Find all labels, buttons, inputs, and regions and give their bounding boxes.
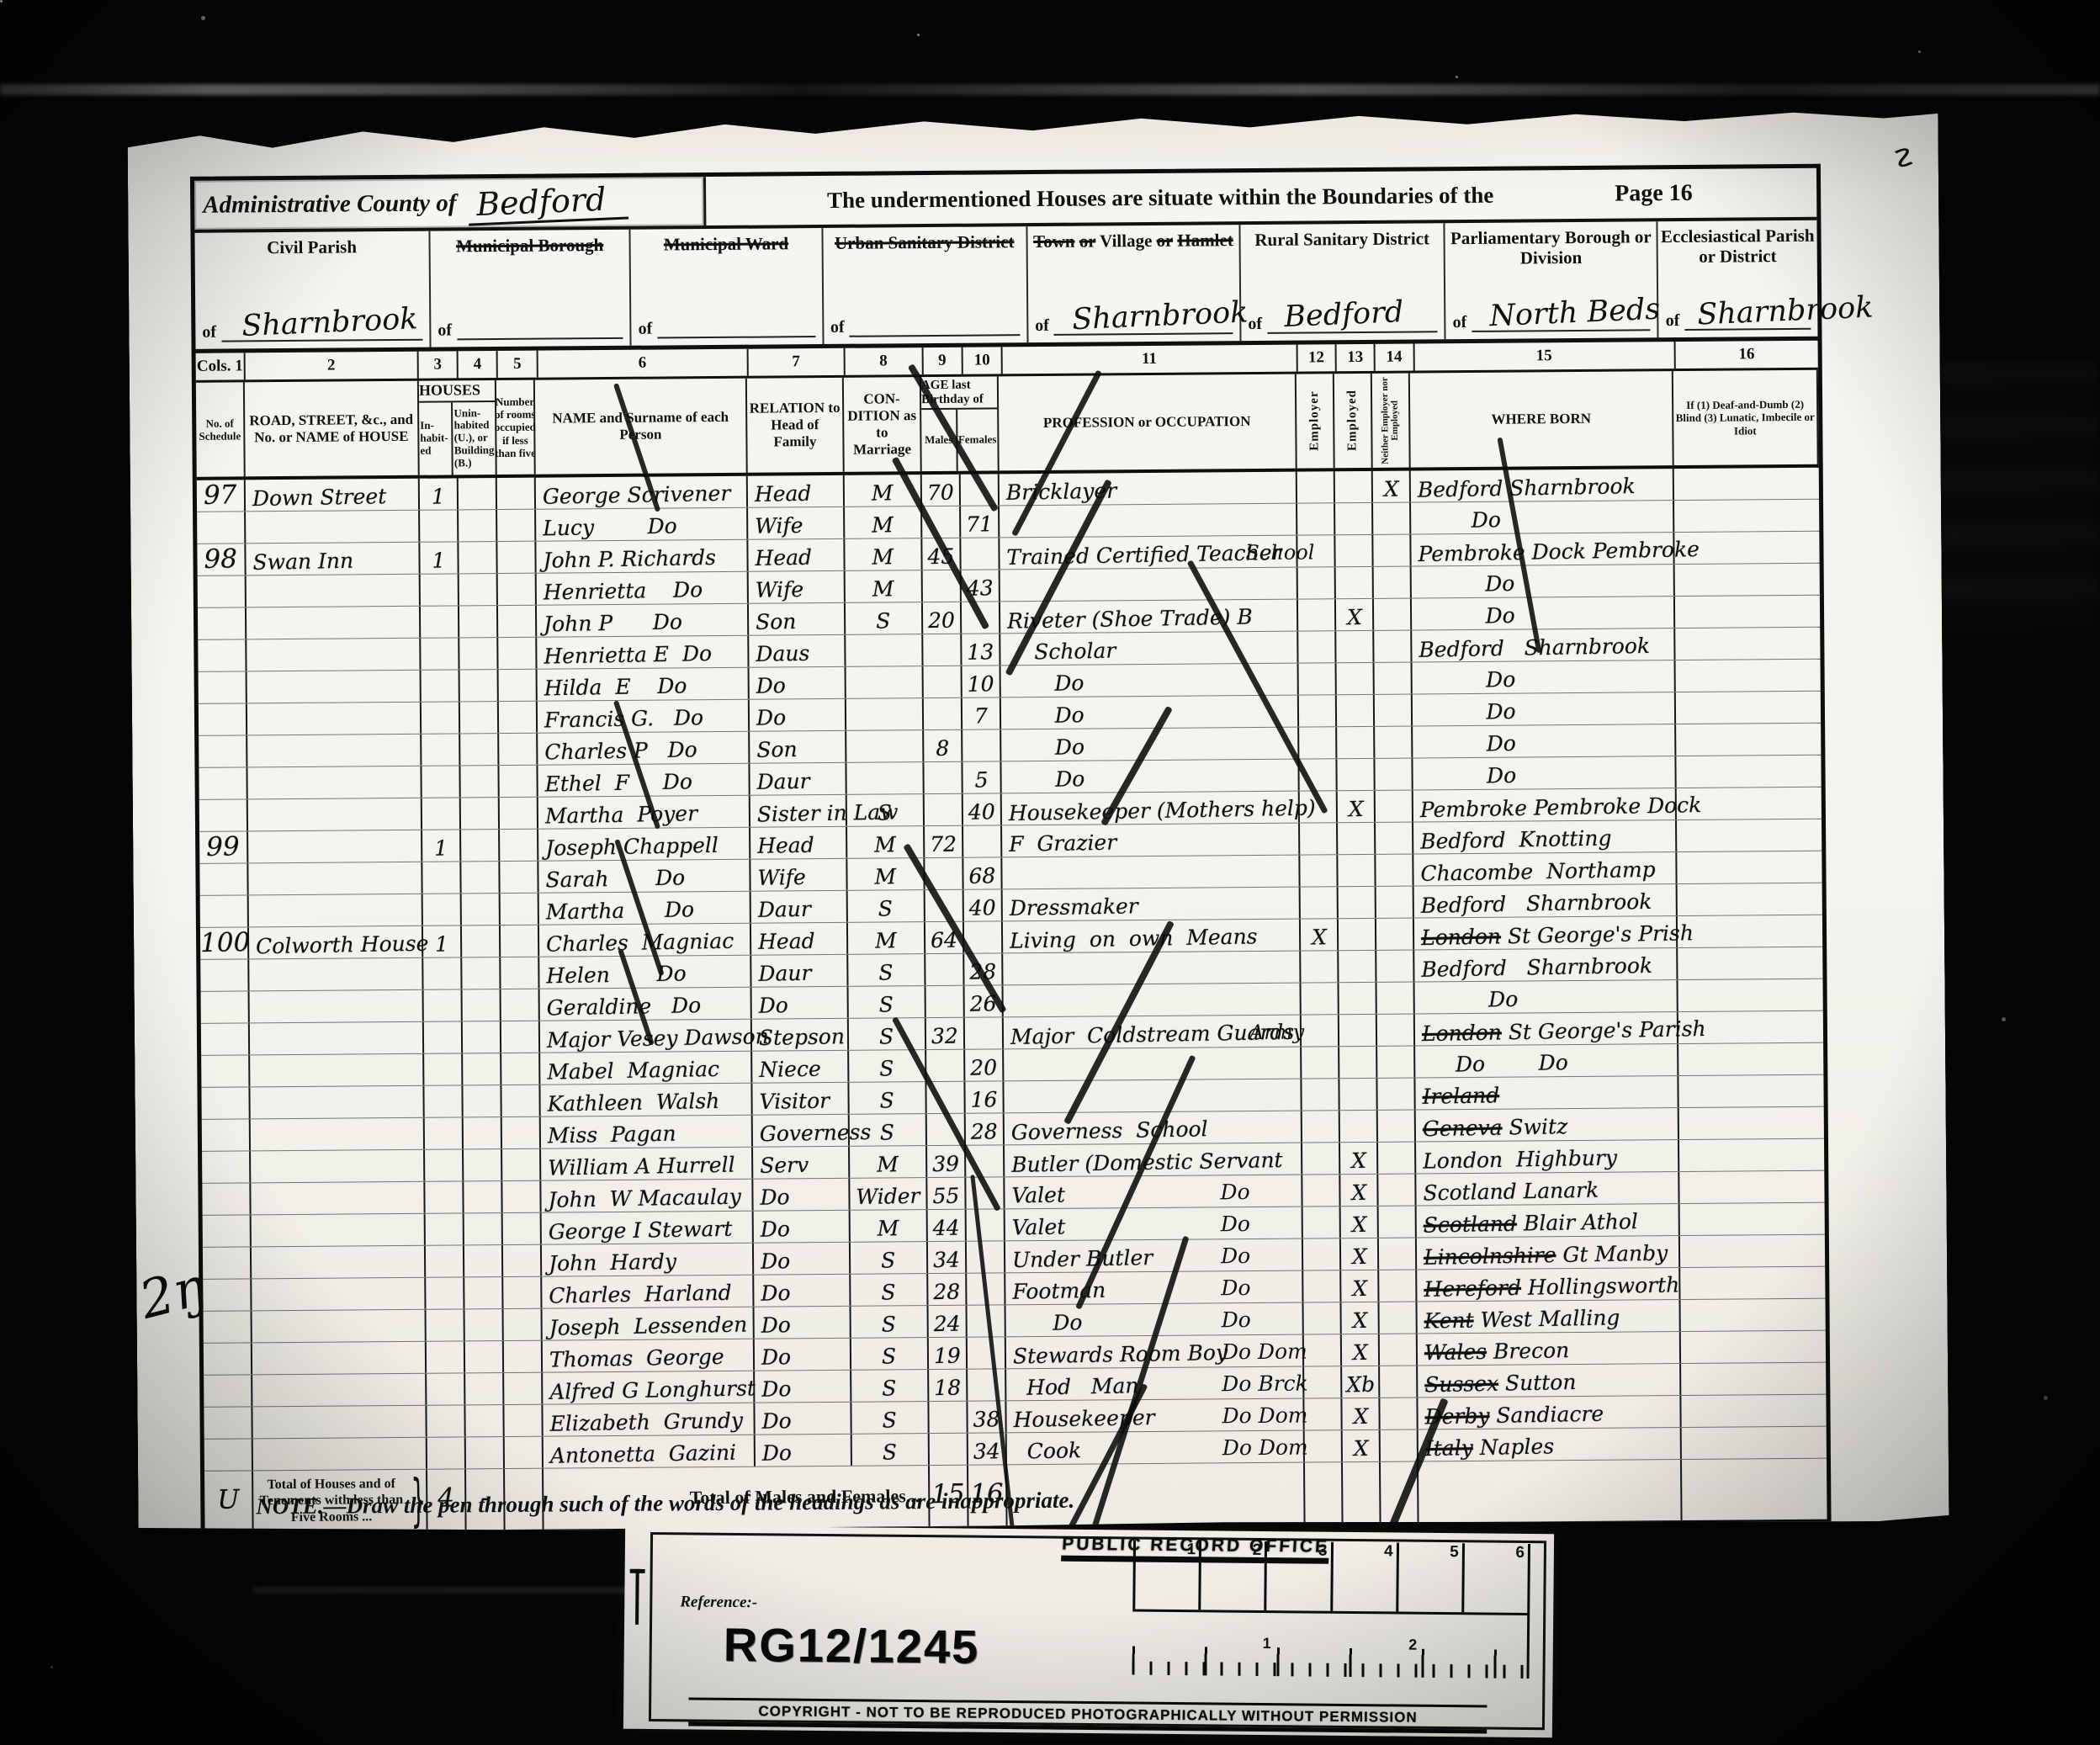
cell-occupation: ValetDo <box>1005 1175 1302 1209</box>
cell-road <box>252 1406 427 1439</box>
cell-uninhabited <box>460 702 499 733</box>
header-males: Males <box>921 410 957 471</box>
of-label: of <box>639 320 653 339</box>
column-number: 15 <box>1414 342 1675 370</box>
where-born-text: Do <box>1412 573 1515 598</box>
cell-age-male: 72 <box>925 826 963 857</box>
district-value-handwritten: Sharnbrook <box>1071 295 1249 337</box>
census-form: Administrative County of Bedford The und… <box>190 164 1832 1536</box>
cell-uninhabited <box>462 957 501 989</box>
cell-schedule <box>199 671 247 703</box>
cell-schedule <box>201 1087 250 1118</box>
cell-inhabited <box>425 1181 464 1212</box>
cell-occupation-ditto: Do <box>1222 1307 1251 1332</box>
cell-age-female: 26 <box>965 985 1004 1016</box>
cell-rooms <box>502 1117 541 1148</box>
cell-employed <box>1339 1079 1377 1110</box>
cell-occupation: Governess School <box>1005 1111 1302 1145</box>
where-born-text: Sussex Sutton <box>1418 1371 1577 1398</box>
cell-uninhabited <box>464 1213 503 1244</box>
cell-occupation-ditto: Do <box>1221 1276 1250 1300</box>
mark-employer: School <box>1245 540 1314 565</box>
cell-employer <box>1304 1366 1342 1398</box>
district-label: Parliamentary Borough or Division <box>1445 221 1657 268</box>
ruler-number: 4 <box>1333 1542 1399 1612</box>
cell-age-male <box>929 1402 968 1433</box>
cell-uninhabited <box>463 1085 501 1116</box>
cell-employed <box>1335 535 1373 566</box>
column-number: Cols. 1 <box>196 353 246 379</box>
header-neither: Neither Employer nor Employed <box>1381 375 1401 466</box>
cell-employer <box>1297 471 1335 502</box>
film-band-bottom <box>252 1587 639 1594</box>
cell-age-male: 45 <box>922 538 961 570</box>
cell-occupation: Scholar <box>1000 632 1298 666</box>
header-where-born: WHERE BORN <box>1410 371 1674 467</box>
cell-road <box>252 1214 426 1247</box>
cell-infirmity <box>1681 1395 1826 1427</box>
cell-name: John Hardy <box>542 1244 754 1276</box>
where-born-text: Do <box>1411 509 1501 534</box>
cell-occupation: Riveter (Shoe Trade) B <box>1000 600 1298 634</box>
cell-occupation: Bricklayer <box>1000 472 1297 506</box>
cell-neither <box>1378 1174 1416 1205</box>
totals-margin-mark: U <box>217 1487 240 1515</box>
cell-occupation <box>1004 1048 1302 1081</box>
cell-neither: X <box>1373 471 1411 502</box>
mark-employer: X <box>1311 926 1326 950</box>
cell-where-born: Bedford Sharnbrook <box>1411 469 1674 501</box>
cell-schedule <box>204 1407 252 1438</box>
cell-condition: S <box>851 1402 929 1434</box>
cell-schedule <box>197 512 246 543</box>
cell-employed <box>1339 919 1376 950</box>
where-born-text: Pembroke Pembroke Dock <box>1413 794 1702 823</box>
cell-where-born: Italy Naples <box>1419 1428 1682 1461</box>
cell-name: George I Stewart <box>542 1212 754 1244</box>
cell-relation: Wife <box>750 859 847 891</box>
pen-strokes-overlay <box>127 111 1938 125</box>
cell-where-born: Wales Brecon <box>1418 1332 1681 1365</box>
header-profession: PROFESSION or OCCUPATION <box>999 374 1297 471</box>
cell-age-female <box>965 1017 1004 1048</box>
cell-schedule <box>199 703 247 735</box>
cell-age-female: 28 <box>964 953 1003 984</box>
cell-age-female <box>966 1177 1005 1208</box>
cell-condition: M <box>848 922 925 954</box>
cell-condition: S <box>846 602 923 634</box>
where-born-text: Bedford Sharnbrook <box>1414 955 1652 983</box>
cell-schedule <box>199 863 248 894</box>
cell-name: Geraldine Do <box>540 988 752 1021</box>
header-age: AGE last Birthday of <box>921 376 997 410</box>
of-label: of <box>830 318 845 337</box>
cell-uninhabited <box>460 670 499 701</box>
cell-infirmity <box>1681 1363 1826 1395</box>
header-houses: HOUSES <box>419 380 495 403</box>
cell-infirmity <box>1678 947 1822 979</box>
cell-condition: S <box>849 1050 926 1082</box>
cell-uninhabited <box>462 894 501 925</box>
cell-schedule: 97 <box>197 480 246 511</box>
cell-road <box>247 735 422 767</box>
cell-infirmity <box>1674 500 1819 532</box>
cell-age-male: 64 <box>925 922 964 953</box>
cell-name: Antonetta Gazini <box>544 1435 756 1468</box>
cell-inhabited <box>422 670 460 701</box>
cell-road <box>252 1342 427 1375</box>
reference-number: RG12/1245 <box>724 1617 980 1674</box>
cell-employed <box>1337 663 1375 694</box>
cell-infirmity <box>1674 532 1819 564</box>
cell-schedule <box>203 1215 252 1246</box>
cell-inhabited <box>427 1373 465 1404</box>
cell-occupation-ditto: Do Dom <box>1222 1403 1307 1429</box>
cell-inhabited <box>424 1085 463 1116</box>
cell-relation: Niece <box>752 1051 849 1083</box>
cell-neither <box>1377 982 1415 1013</box>
cell-rooms <box>503 1245 542 1276</box>
cell-schedule <box>204 1375 252 1406</box>
cell-neither <box>1376 918 1414 949</box>
header-females: Females <box>957 409 998 470</box>
cell-schedule <box>201 1023 250 1054</box>
cell-schedule <box>198 607 247 639</box>
column-number: 16 <box>1675 341 1818 369</box>
district-value-handwritten: Bedford <box>1283 295 1404 334</box>
cell-inhabited <box>422 862 461 893</box>
cell-condition: S <box>849 1018 926 1050</box>
cell-employer <box>1298 599 1336 630</box>
cell-age-male: 34 <box>928 1242 967 1273</box>
film-streak <box>0 84 2100 95</box>
cell-age-female <box>962 729 1001 761</box>
cell-employed <box>1336 567 1374 598</box>
cell-neither <box>1381 1429 1419 1461</box>
cell-road <box>250 1022 424 1055</box>
cell-inhabited <box>427 1437 466 1468</box>
cell-occupation <box>1004 984 1302 1017</box>
cell-employer <box>1299 759 1337 790</box>
header-inhabited: In-habit-ed <box>419 402 453 475</box>
cell-schedule <box>204 1311 252 1342</box>
cell-where-born: Scotland Lanark <box>1416 1172 1679 1205</box>
cell-age-female <box>963 825 1002 857</box>
cell-rooms <box>498 638 537 669</box>
cell-inhabited <box>427 1309 465 1340</box>
cell-road: Down Street <box>246 479 420 512</box>
cell-neither <box>1373 535 1411 566</box>
cell-relation: Do <box>756 1435 852 1467</box>
cell-relation: Daur <box>751 891 848 923</box>
cell-uninhabited <box>461 830 500 861</box>
of-label: of <box>1248 315 1262 334</box>
district-value-handwritten: Sharnbrook <box>1697 291 1875 332</box>
cell-name: Sarah Do <box>538 860 750 893</box>
cell-employed <box>1340 1111 1378 1142</box>
cell-neither <box>1380 1334 1418 1365</box>
cell-inhabited <box>423 957 462 989</box>
cell-inhabited <box>421 574 459 605</box>
cell-employer <box>1302 1175 1340 1206</box>
cell-infirmity <box>1675 564 1820 596</box>
cell-occupation-ditto: Do <box>1220 1180 1249 1204</box>
cell-occupation: Do <box>1001 696 1299 729</box>
cell-road: Colworth House <box>249 926 423 959</box>
cell-schedule <box>201 991 250 1022</box>
cell-age-male: 8 <box>924 730 962 761</box>
cell-schedule <box>203 1247 252 1278</box>
cell-schedule <box>202 1183 251 1214</box>
census-rows: 97Down Street1George ScrivenerHeadM70Bri… <box>197 468 1827 1472</box>
cell-name: Charles P Do <box>538 732 750 765</box>
column-header-row: No. of Schedule ROAD, STREET, &c., and N… <box>196 370 1819 480</box>
cell-where-born: London St George's Parish <box>1415 1012 1678 1045</box>
ruler-number: 3 <box>1267 1541 1334 1611</box>
cell-inhabited: 1 <box>423 926 462 957</box>
cell-relation: Visitor <box>752 1083 849 1115</box>
cell-where-born: Geneva Switz <box>1416 1108 1679 1141</box>
district-ecclesiastical-parish-or-district: Ecclesiastical Parish or DistrictofSharn… <box>1658 220 1818 337</box>
cell-name: Mabel Magniac <box>540 1052 752 1085</box>
cell-uninhabited <box>459 542 497 573</box>
cell-schedule: 100 <box>200 927 249 958</box>
cell-road <box>247 703 422 735</box>
cell-infirmity <box>1677 788 1822 819</box>
cell-where-born: Derby Sandiacre <box>1418 1396 1681 1429</box>
cell-relation: Do <box>755 1307 851 1339</box>
cell-neither <box>1373 503 1411 534</box>
cell-employed <box>1339 1015 1377 1046</box>
cell-employer <box>1304 1334 1342 1366</box>
cell-rooms <box>501 1021 540 1053</box>
cell-infirmity <box>1678 1011 1823 1043</box>
cell-where-born: Kent West Malling <box>1417 1300 1680 1333</box>
cell-name: John W Macaulay <box>541 1180 753 1212</box>
cell-neither <box>1380 1366 1418 1397</box>
cell-inhabited <box>422 702 460 733</box>
cell-infirmity <box>1677 851 1822 883</box>
cell-employer <box>1301 951 1339 982</box>
reference-label: Reference:- <box>680 1593 757 1612</box>
cell-uninhabited <box>464 1277 503 1308</box>
cell-relation: Do <box>750 667 846 699</box>
cell-uninhabited <box>459 574 498 605</box>
column-number: 5 <box>498 351 538 378</box>
where-born-text: Do <box>1414 989 1518 1014</box>
cell-condition: S <box>851 1274 928 1306</box>
cell-age-female: 71 <box>961 506 1000 537</box>
cell-name: Francis G. Do <box>538 700 750 733</box>
cell-age-male <box>925 794 963 825</box>
cell-name: Ethel F Do <box>538 764 750 797</box>
cell-uninhabited <box>465 1373 504 1404</box>
header-rooms: Number of rooms occupied if less than fi… <box>496 380 536 475</box>
district-urban-sanitary-district: Urban Sanitary Districtof <box>823 226 1028 344</box>
cell-inhabited <box>426 1277 464 1308</box>
cell-rooms <box>498 574 537 605</box>
cell-inhabited <box>422 734 460 765</box>
cell-occupation-ditto: Do <box>1221 1212 1250 1236</box>
cell-name: Joseph Lessenden <box>543 1307 755 1340</box>
cell-age-male: 28 <box>928 1274 967 1305</box>
cell-employer <box>1300 855 1338 886</box>
cell-name: Martha Poyer <box>538 796 750 829</box>
cell-where-born: Do <box>1412 597 1675 629</box>
cell-condition <box>846 634 923 666</box>
where-born-text: Bedford Sharnbrook <box>1412 635 1650 663</box>
cell-employer <box>1303 1270 1341 1302</box>
cell-age-female: 5 <box>962 761 1001 793</box>
cell-occupation <box>1002 856 1300 889</box>
cell-rooms <box>501 894 539 925</box>
where-born-text: London Highbury <box>1416 1147 1617 1174</box>
cell-occupation: CookDo Dom <box>1007 1431 1305 1465</box>
cell-relation: Do <box>754 1243 851 1275</box>
cell-road <box>248 862 422 895</box>
district-town-or-village-or-hamlet: Town or Village or HamletofSharnbrook <box>1027 225 1241 342</box>
cell-inhabited: 1 <box>422 830 461 861</box>
where-born-text: London St George's Prish <box>1414 922 1694 951</box>
film-specks <box>0 0 3 3</box>
cell-employed <box>1339 951 1376 982</box>
cell-relation: Do <box>750 699 846 731</box>
header-condition: CON- DITION as to Marriage <box>844 377 922 472</box>
district-municipal-ward: Municipal Wardof <box>631 228 824 346</box>
where-born-text: Scotland Lanark <box>1416 1180 1599 1207</box>
cell-rooms <box>501 1053 540 1085</box>
cell-neither <box>1376 790 1413 821</box>
column-number: 4 <box>459 351 499 378</box>
cell-age-female: 40 <box>964 889 1003 920</box>
cell-condition: M <box>845 475 922 507</box>
cell-schedule <box>199 799 248 830</box>
cell-road <box>249 958 423 991</box>
cell-name: William A Hurrell <box>541 1148 753 1180</box>
cell-uninhabited <box>463 1021 501 1053</box>
cell-where-born: Do <box>1415 980 1678 1013</box>
cell-employer <box>1301 887 1339 918</box>
cell-employer: X <box>1301 919 1339 950</box>
district-value-handwritten: North Beds <box>1489 293 1661 334</box>
district-rural-sanitary-district: Rural Sanitary DistrictofBedford <box>1240 223 1445 341</box>
cell-age-female: 38 <box>968 1401 1006 1432</box>
cell-employer <box>1300 823 1338 854</box>
district-municipal-borough: Municipal Boroughof <box>430 230 631 347</box>
cell-age-male: 19 <box>929 1338 968 1369</box>
cell-occupation-ditto: Do <box>1221 1244 1250 1268</box>
header-age-group: AGE last Birthday of Males Females <box>921 376 1000 471</box>
cell-rooms <box>504 1341 543 1372</box>
cell-rooms <box>502 1181 541 1212</box>
cell-name: John P Do <box>537 604 749 637</box>
column-number: 10 <box>962 347 1003 374</box>
cell-relation: Wife <box>749 571 846 603</box>
cell-infirmity <box>1678 979 1822 1011</box>
cell-rooms <box>499 702 538 733</box>
cell-age-female: 68 <box>963 857 1002 888</box>
cell-rooms <box>499 766 538 797</box>
cell-road <box>252 1278 426 1311</box>
cell-occupation: FootmanDo <box>1005 1271 1303 1305</box>
cell-inhabited: 1 <box>420 478 459 509</box>
cell-rooms <box>501 926 539 957</box>
cell-age-female: 40 <box>963 793 1002 825</box>
cell-name: Henrietta Do <box>537 572 749 605</box>
cell-neither <box>1376 886 1414 917</box>
cell-where-born: Bedford Sharnbrook <box>1412 629 1675 661</box>
cell-name: Helen Do <box>539 956 751 989</box>
cell-employed <box>1339 983 1377 1014</box>
cell-neither <box>1374 567 1412 598</box>
district-label: Rural Sanitary District <box>1240 223 1443 250</box>
registration-mark <box>629 1569 645 1625</box>
cell-road <box>250 1054 424 1087</box>
column-number: 3 <box>418 351 459 378</box>
cell-infirmity <box>1679 1107 1824 1139</box>
where-born-text: Italy Naples <box>1419 1435 1555 1461</box>
cell-occupation: Dressmaker <box>1003 888 1301 921</box>
cell-condition: M <box>847 826 925 858</box>
cell-rooms <box>504 1373 543 1404</box>
cell-schedule <box>203 1279 252 1310</box>
cell-road <box>247 766 422 799</box>
cell-condition: S <box>849 986 926 1018</box>
cell-infirmity <box>1680 1235 1825 1267</box>
cell-occupation: DoDo <box>1006 1303 1304 1337</box>
district-label: Town or Village or Hamlet <box>1027 225 1238 252</box>
cell-schedule: 98 <box>197 544 246 575</box>
cell-uninhabited <box>465 1405 504 1436</box>
cell-schedule <box>202 1119 251 1150</box>
district-header-row: Civil ParishofSharnbrookMunicipal Boroug… <box>194 220 1817 353</box>
cell-rooms <box>500 798 538 829</box>
cell-age-male <box>926 1082 965 1113</box>
cell-schedule <box>202 1151 251 1182</box>
header-employer: Employer <box>1308 391 1322 451</box>
cell-employer: Army <box>1302 1015 1339 1046</box>
cell-inhabited <box>422 766 460 797</box>
cell-occupation: HousekeeperDo Dom <box>1006 1399 1304 1433</box>
cell-employer <box>1299 727 1337 758</box>
cell-uninhabited <box>459 510 497 541</box>
mark-employer: Army <box>1249 1021 1304 1045</box>
cell-neither <box>1376 854 1413 885</box>
cell-where-born: Do <box>1413 660 1676 693</box>
cell-schedule <box>204 1343 252 1374</box>
cell-employed <box>1336 631 1374 662</box>
cell-condition: M <box>850 1146 927 1178</box>
cell-road <box>251 1118 425 1151</box>
cell-name: Charles Magniac <box>539 924 751 957</box>
cell-age-female: 20 <box>965 1049 1004 1080</box>
cell-employed <box>1339 887 1376 918</box>
cell-age-male <box>922 507 961 538</box>
cell-occupation: Do <box>1001 728 1299 761</box>
census-page: 2ŋ ∿ Administrative County of Bedford Th… <box>127 111 1949 1535</box>
cell-age-male <box>926 1050 965 1081</box>
cell-age-female: 43 <box>962 570 1000 601</box>
cell-employed <box>1339 1047 1377 1078</box>
cell-relation: Do <box>755 1371 851 1403</box>
cell-uninhabited <box>463 989 501 1021</box>
cell-inhabited <box>420 510 459 541</box>
where-born-text: Hereford Hollingsworth <box>1417 1274 1679 1302</box>
cell-name: Kathleen Walsh <box>540 1084 752 1116</box>
where-born-text: Do <box>1413 701 1516 726</box>
cell-uninhabited <box>464 1117 502 1148</box>
column-number: 12 <box>1297 344 1337 371</box>
